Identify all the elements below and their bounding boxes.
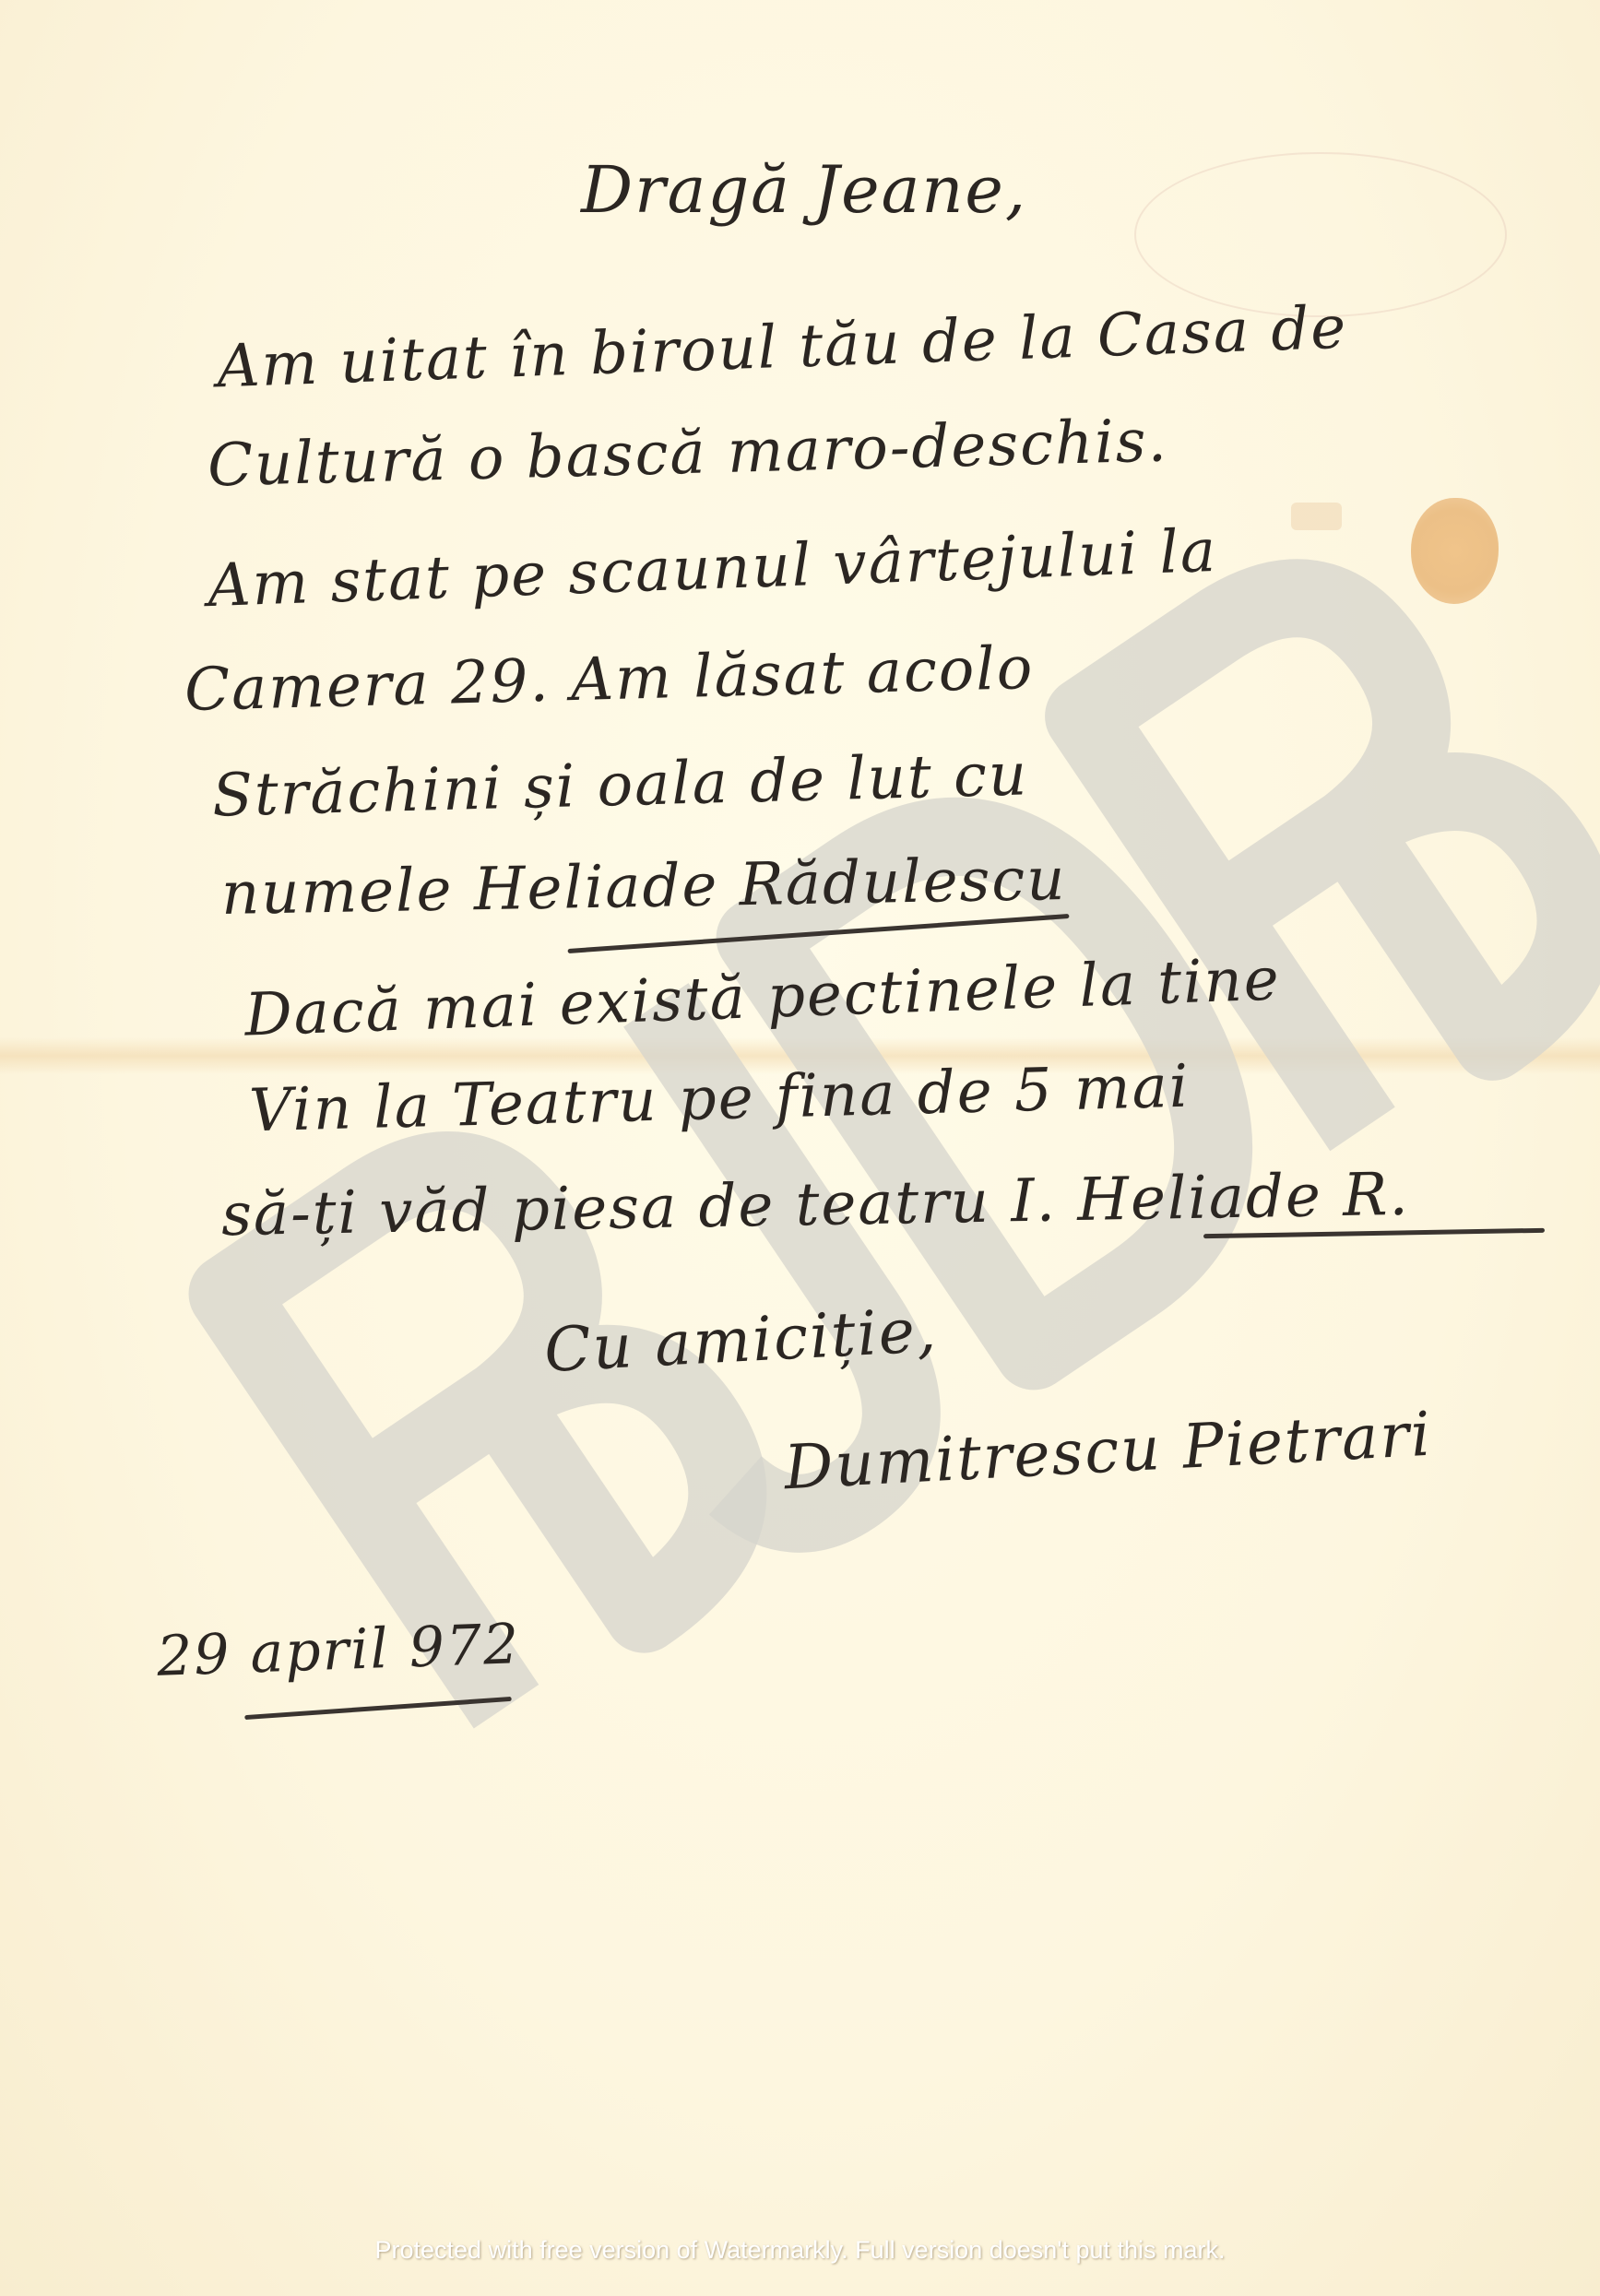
letter-date: 29 april 972 — [156, 1612, 521, 1689]
letter-line-7: Dacă mai există pectinele la tine — [243, 945, 1282, 1049]
letter-paper: Dragă Jeane, Am uitat în biroul tău de l… — [0, 0, 1600, 2296]
watermarkly-notice: Protected with free version of Watermark… — [0, 2236, 1600, 2265]
ink-stain — [1411, 498, 1499, 604]
faint-stamp-mark — [1291, 503, 1342, 530]
letter-line-1: Am uitat în biroul tău de la Casa de — [216, 294, 1348, 402]
salutation: Dragă Jeane, — [581, 152, 1027, 228]
letter-line-2: Cultură o bască maro-deschis. — [207, 407, 1168, 500]
signature: Dumitrescu Pietrari — [782, 1399, 1433, 1504]
letter-line-6: numele Heliade Rădulescu — [220, 846, 1067, 929]
closing: Cu amiciție, — [542, 1295, 939, 1386]
letter-line-3: Am stat pe scaunul vârtejului la — [207, 517, 1218, 621]
letter-line-5: Străchini și oala de lut cu — [211, 740, 1029, 830]
letter-line-4: Camera 29. Am lăsat acolo — [184, 634, 1035, 725]
underline-date — [244, 1697, 512, 1720]
faint-library-stamp — [1134, 152, 1507, 317]
